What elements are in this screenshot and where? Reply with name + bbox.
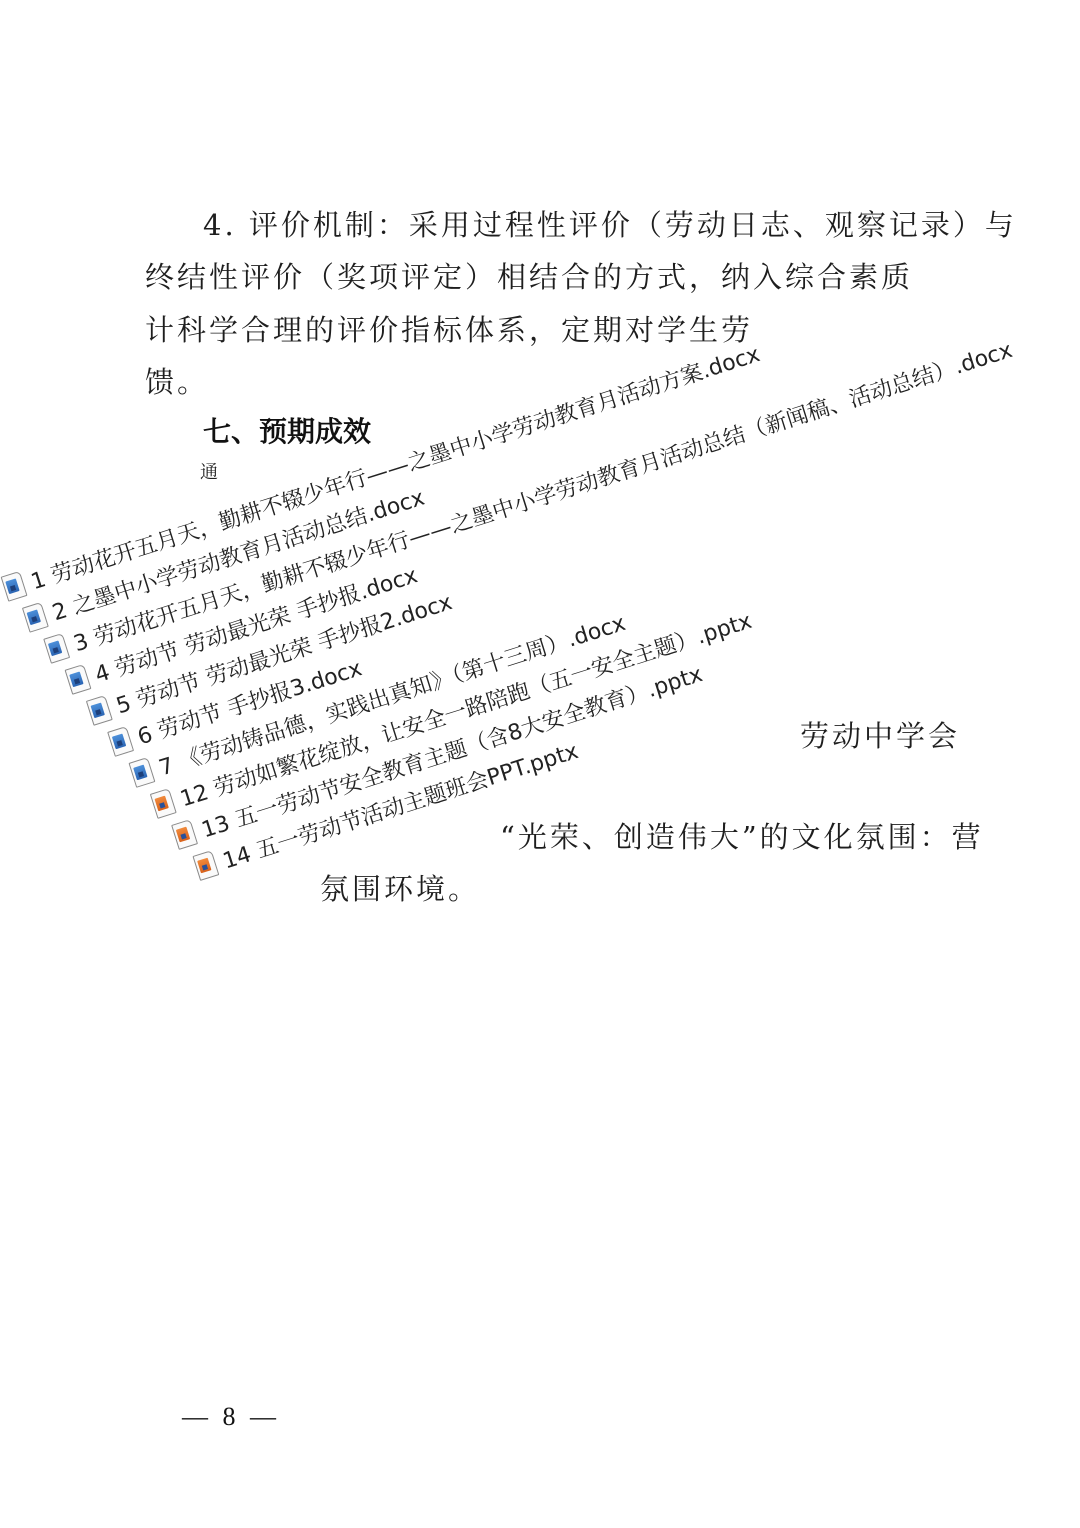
document-page: 4. 评价机制：采用过程性评价（劳动日志、观察记录）与 终结性评价（奖项评定）相… xyxy=(0,0,1080,1528)
paragraph-line-4: 馈。 xyxy=(145,360,209,401)
paragraph-line-2: 终结性评价（奖项评定）相结合的方式，纳入综合素质 xyxy=(145,255,913,296)
word-document-icon xyxy=(43,633,70,664)
word-document-icon xyxy=(22,602,49,633)
section-heading: 七、预期成效 xyxy=(203,410,371,450)
powerpoint-document-icon xyxy=(192,850,219,881)
paragraph-line-3: 计科学合理的评价指标体系，定期对学生劳 xyxy=(145,308,753,349)
page-number: — 8 — xyxy=(182,1402,280,1432)
partial-text-b: 劳动中学会 xyxy=(800,714,960,755)
partial-text-a: 通 xyxy=(200,458,221,484)
partial-text-d: 氛围环境。 xyxy=(320,867,480,908)
partial-text-c: “光荣、创造伟大”的文化氛围：营 xyxy=(500,815,984,856)
paragraph-line-1: 4. 评价机制：采用过程性评价（劳动日志、观察记录）与 xyxy=(203,203,1017,244)
word-document-icon xyxy=(1,571,28,602)
